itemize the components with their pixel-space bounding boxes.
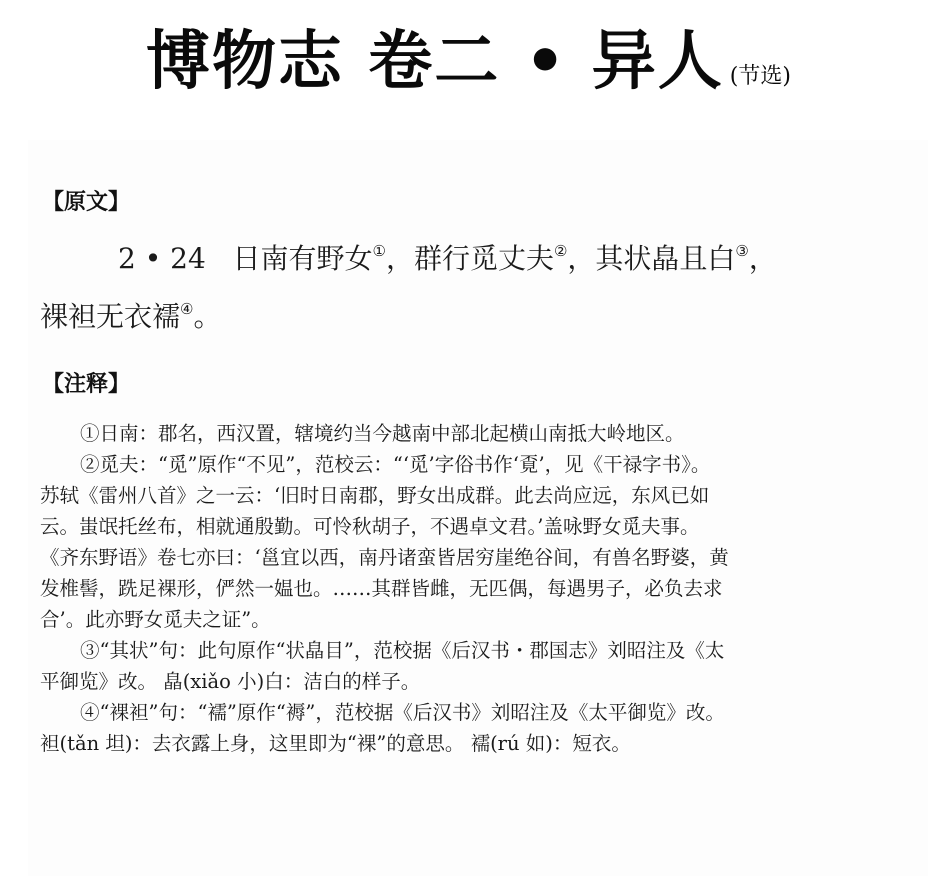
title-main: 博物志 卷二 • 异人 <box>146 24 724 99</box>
notes-heading: 【注释】 <box>42 370 130 400</box>
text-segment: 裸袒无衣襦 <box>40 300 180 333</box>
note-4-line-1: ④“裸袒”句：“襦”原作“褥”，范校据《后汉书》刘昭注及《太平御览》改。 <box>40 697 910 728</box>
note-3-line-1: ③“其状”句：此句原作“状皛目”，范校据《后汉书・郡国志》刘昭注及《太 <box>40 635 910 666</box>
text-segment: 日南有野女 <box>232 242 372 275</box>
note-2-line-3: 云。蚩氓托丝布，相就通殷勤。可怜秋胡子，不遇卓文君。’盖咏野女觅夫事。 <box>40 511 910 542</box>
text-segment: ， <box>749 242 777 275</box>
original-line-2: 裸袒无衣襦④。 <box>40 284 910 342</box>
note-2-line-4: 《齐东野语》卷七亦曰：‘邕宜以西，南丹诸蛮皆居穷崖绝谷间，有兽名野婆，黄 <box>40 542 910 573</box>
title-subtitle: (节选) <box>730 64 791 89</box>
text-segment: ，群行觅丈夫 <box>386 242 554 275</box>
footnote-ref-3: ③ <box>735 242 748 260</box>
note-2-line-1: ②觅夫：“觅”原作“不见”，范校云：“‘觅’字俗书作‘覔’，见《干禄字书》。 <box>40 449 910 480</box>
footnote-ref-1: ① <box>372 242 385 260</box>
original-text-heading: 【原文】 <box>42 188 130 218</box>
note-3-line-2: 平御览》改。 皛(xiǎo 小)白：洁白的样子。 <box>40 666 910 697</box>
footnote-ref-4: ④ <box>180 300 193 318</box>
note-2-line-5: 发椎髻，跣足裸形，俨然一媪也。……其群皆雌，无匹偶，每遇男子，必负去求 <box>40 573 910 604</box>
original-text: 2 • 24 日南有野女①，群行觅丈夫②，其状皛且白③， 裸袒无衣襦④。 <box>40 226 910 342</box>
note-4-line-2: 袒(tǎn 坦)：去衣露上身，这里即为“裸”的意思。 襦(rú 如)：短衣。 <box>40 728 910 759</box>
text-segment: 。 <box>193 300 221 333</box>
original-line-1: 2 • 24 日南有野女①，群行觅丈夫②，其状皛且白③， <box>40 226 910 284</box>
document-title: 博物志 卷二 • 异人(节选) <box>0 22 937 117</box>
footnote-ref-2: ② <box>554 242 567 260</box>
entry-number: 2 • 24 <box>118 242 206 275</box>
note-2-line-6: 合’。此亦野女觅夫之证”。 <box>40 604 910 635</box>
notes-section: ①日南：郡名，西汉置，辖境约当今越南中部北起横山南抵大岭地区。 ②觅夫：“觅”原… <box>40 418 910 759</box>
note-1-line-1: ①日南：郡名，西汉置，辖境约当今越南中部北起横山南抵大岭地区。 <box>40 418 910 449</box>
text-segment: ，其状皛且白 <box>567 242 735 275</box>
note-2-line-2: 苏轼《雷州八首》之一云：‘旧时日南郡，野女出成群。此去尚应远，东风已如 <box>40 480 910 511</box>
